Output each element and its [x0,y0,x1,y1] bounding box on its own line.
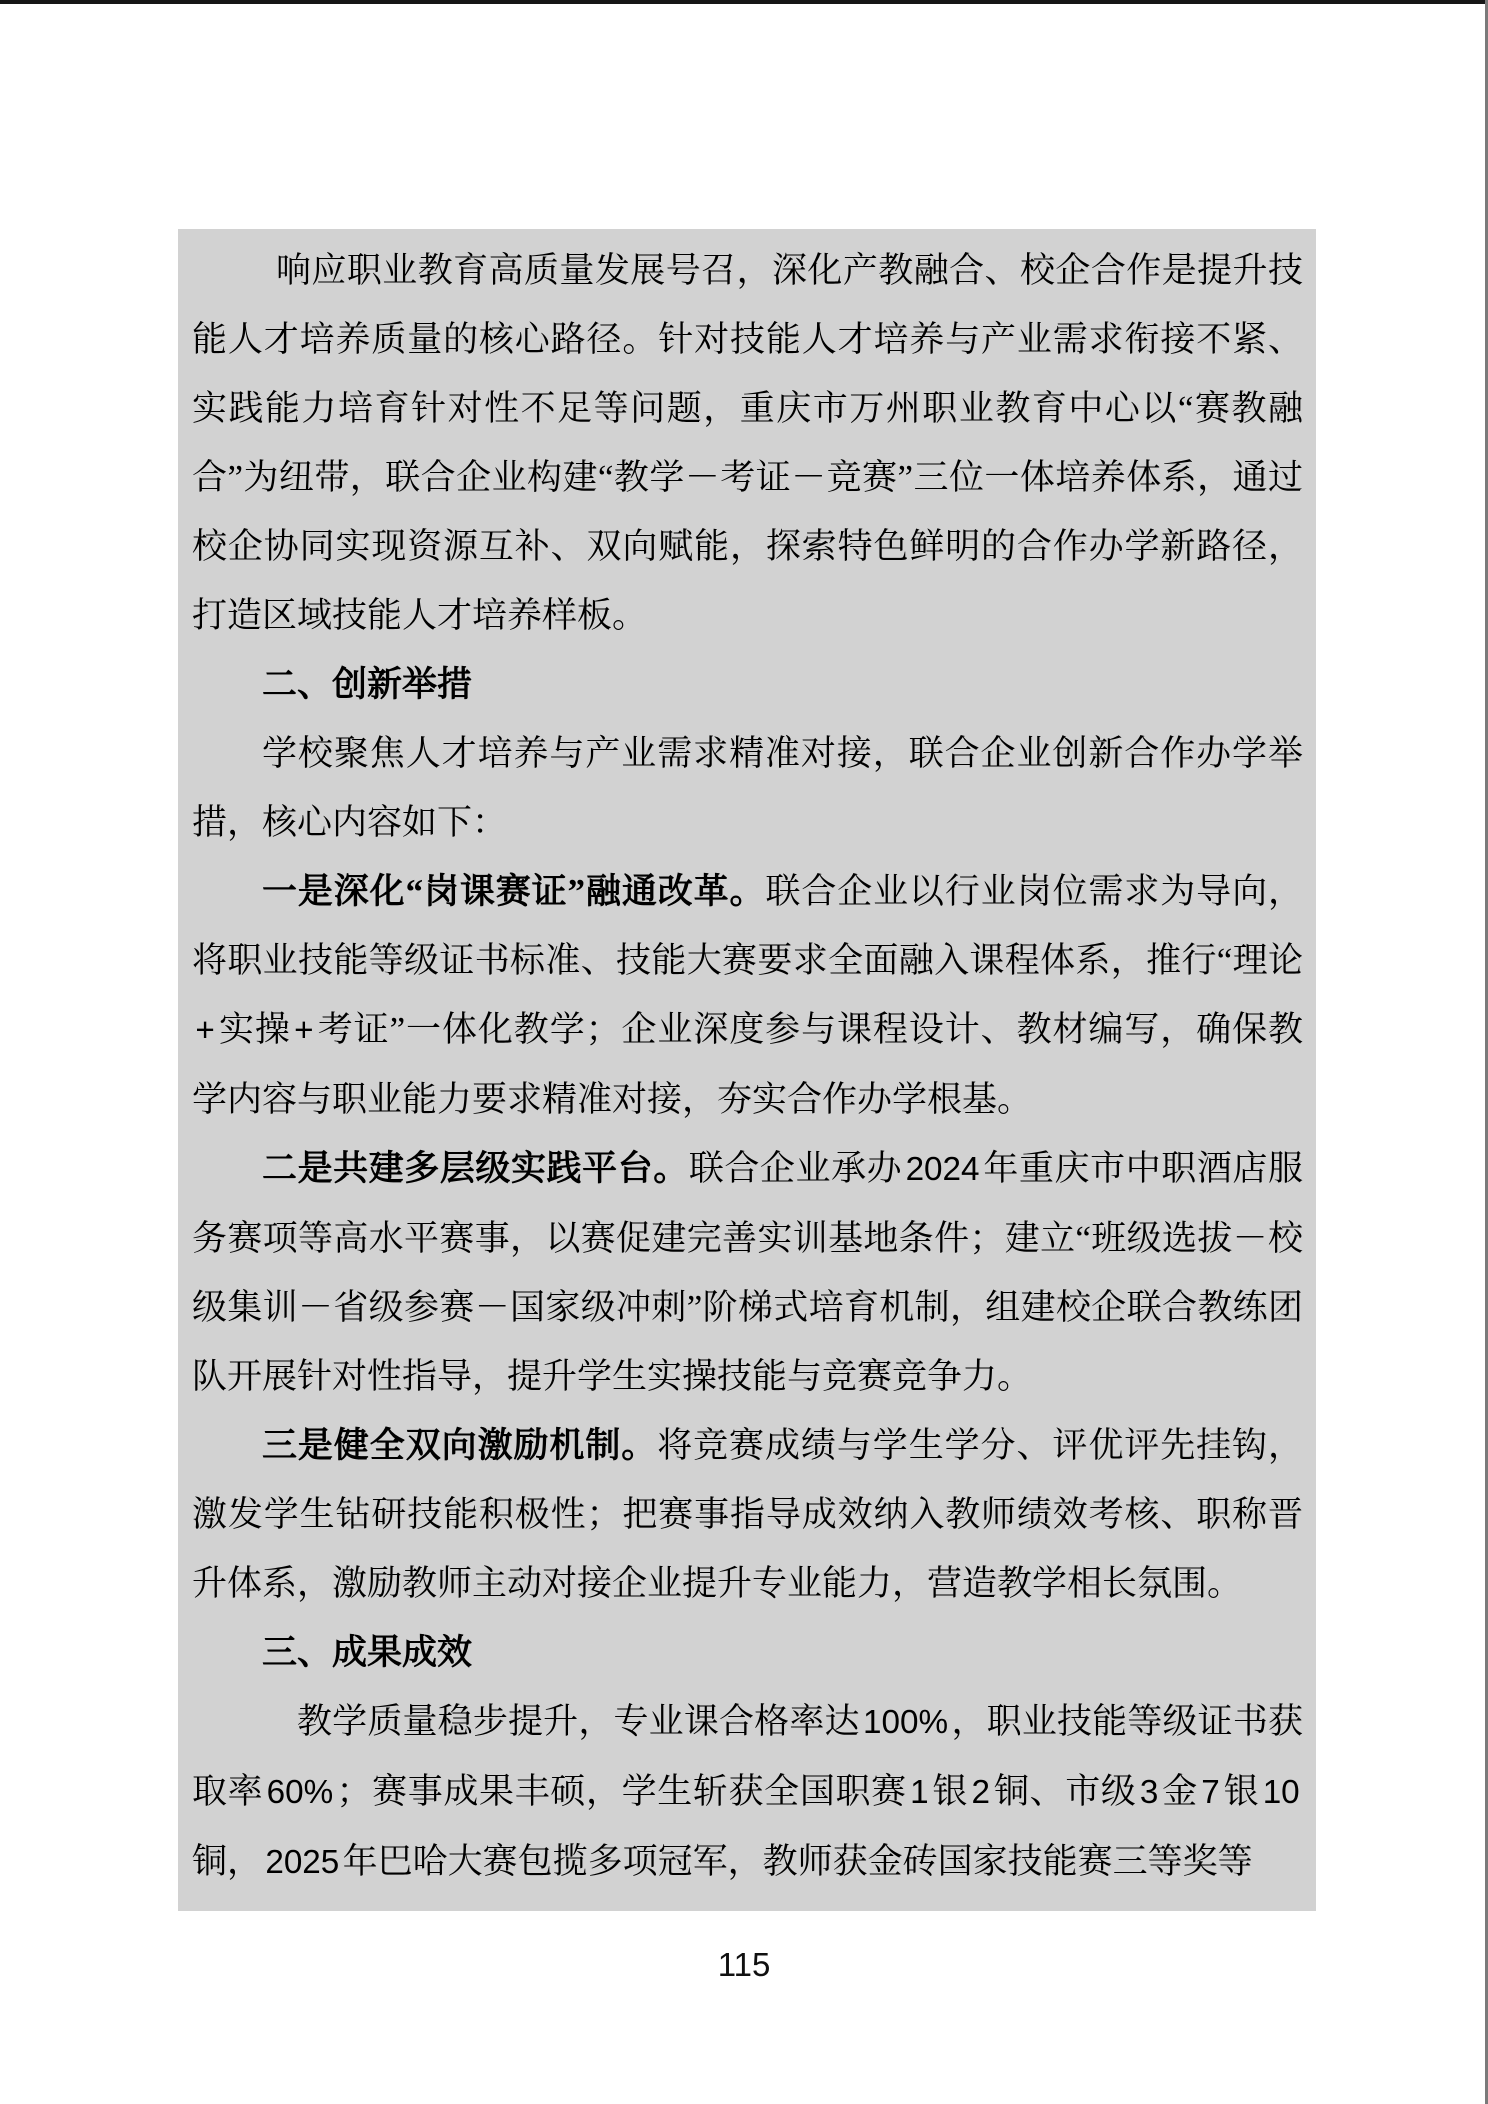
latin-text: 1 [910,1774,929,1811]
body-paragraph: 二是共建多层级实践平台。联合企业承办2024年重庆市中职酒店服务赛项等高水平赛事… [192,1134,1303,1411]
page-top-border [0,0,1488,4]
body-paragraph: 三是健全双向激励机制。将竞赛成绩与学生学分、评优评先挂钩，激发学生钻研技能积极性… [192,1411,1303,1618]
document-page: 响应职业教育高质量发展号召，深化产教融合、校企合作是提升技能人才培养质量的核心路… [0,0,1488,2104]
text-segment: 二、创新举措 [262,665,472,704]
body-paragraph: 一是深化“岗课赛证”融通改革。联合企业以行业岗位需求为导向，将职业技能等级证书标… [192,857,1303,1134]
text-segment: 教学质量稳步提升，专业课合格率达100%，职业技能等级证书获取率60%；赛事成果… [192,1702,1303,1881]
body-paragraph: 响应职业教育高质量发展号召，深化产教融合、校企合作是提升技能人才培养质量的核心路… [192,236,1303,650]
body-paragraph: 教学质量稳步提升，专业课合格率达100%，职业技能等级证书获取率60%；赛事成果… [192,1687,1303,1897]
body-paragraph: 学校聚焦人才培养与产业需求精准对接，联合企业创新合作办学举措，核心内容如下： [192,719,1303,857]
text-segment: 二是共建多层级实践平台。 [262,1149,689,1188]
latin-text: 7 [1201,1774,1220,1811]
latin-text: 2 [972,1774,991,1811]
latin-text: 2024 [906,1151,980,1188]
text-segment: 三是健全双向激励机制。 [262,1426,657,1465]
section-heading: 二、创新举措 [192,650,1303,719]
latin-text: + [195,1012,214,1049]
text-segment: 学校聚焦人才培养与产业需求精准对接，联合企业创新合作办学举措，核心内容如下： [192,734,1303,842]
latin-text: 3 [1140,1774,1159,1811]
latin-text: 100% [863,1704,948,1741]
text-segment: 三、成果成效 [262,1633,472,1672]
text-segment: 响应职业教育高质量发展号召，深化产教融合、校企合作是提升技能人才培养质量的核心路… [192,251,1303,635]
page-number: 115 [0,1946,1488,1984]
latin-text: 10 [1263,1774,1300,1811]
text-segment: 一是深化“岗课赛证”融通改革。 [262,872,765,911]
latin-text: + [294,1012,313,1049]
latin-text: 60% [267,1774,334,1811]
section-heading: 三、成果成效 [192,1618,1303,1687]
content-area: 响应职业教育高质量发展号召，深化产教融合、校企合作是提升技能人才培养质量的核心路… [178,229,1316,1911]
latin-text: 2025 [265,1844,339,1881]
